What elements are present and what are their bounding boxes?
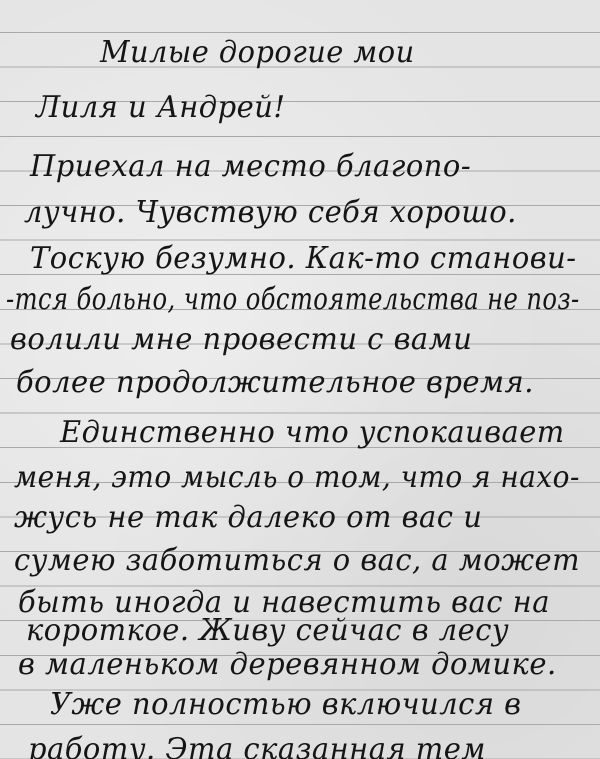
letter-line: лучно. Чувствую себя хорошо.	[24, 198, 580, 228]
letter-line: короткое. Живу сейчас в лесу	[26, 616, 580, 646]
letter-line: -тся больно, что обстоятельства не поз-	[6, 285, 486, 315]
letter-line-salutation-2: Лиля и Андрей!	[36, 93, 580, 123]
letter-line: в маленьком деревянном домике.	[18, 650, 580, 680]
letter-line: Тоскую безумно. Как-то станови-	[30, 244, 580, 274]
letter-line: Единственно что успокаивает	[60, 418, 580, 448]
letter-line: Уже полностью включился в	[50, 690, 580, 720]
letter-line: работу. Эта сказанная тем	[28, 735, 580, 759]
letter-line: Приехал на место благопо-	[30, 152, 580, 182]
letter-line: жусь не так далеко от вас и	[14, 503, 580, 533]
letter-line: меня, это мысль о том, что я нахо-	[14, 463, 560, 493]
letter-line-salutation-1: Милые дорогие мои	[100, 38, 580, 68]
lined-paper: Милые дорогие мои Лиля и Андрей! Приехал…	[0, 0, 600, 759]
letter-line: более продолжительное время.	[16, 368, 580, 398]
letter-line: сумею заботиться о вас, а может	[14, 546, 579, 576]
letter-line: волили мне провести с вами	[10, 325, 580, 355]
